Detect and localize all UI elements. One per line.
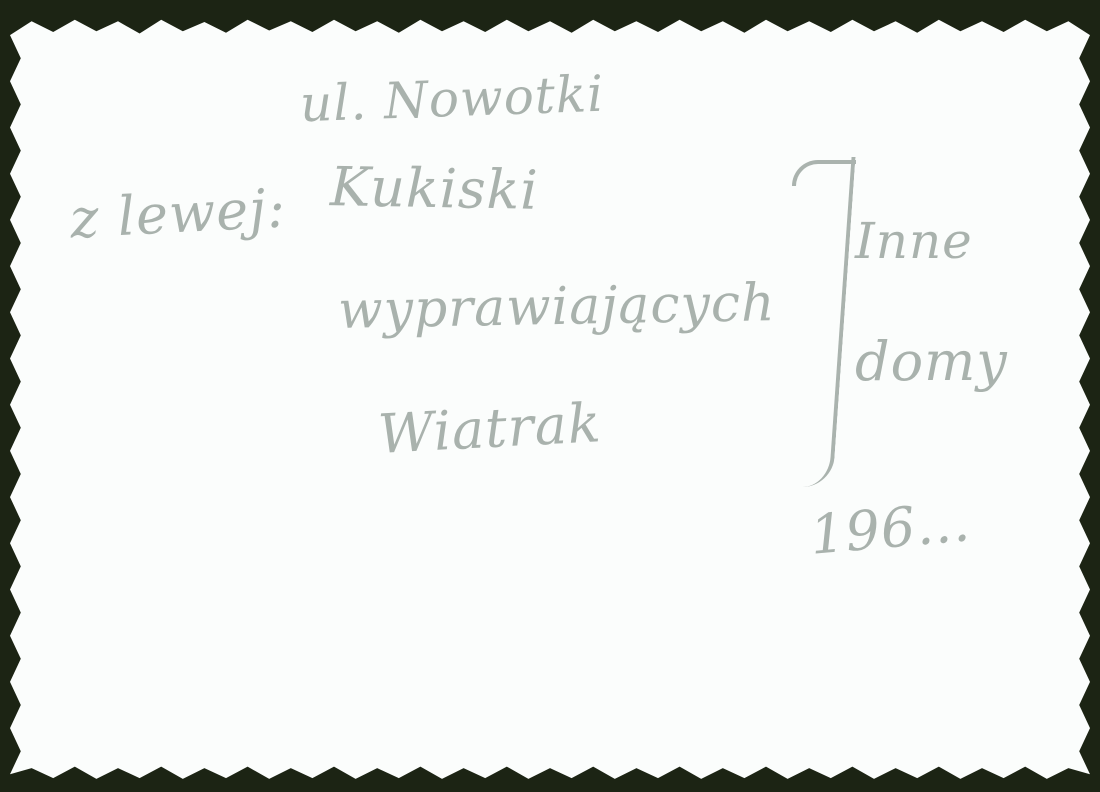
inscription-name-3: Wiatrak (377, 391, 603, 466)
inscription-street: ul. Nowotki (299, 65, 605, 134)
inscription-right-1: Inne (855, 212, 973, 270)
bracket-mark-stem (773, 157, 855, 487)
photo-back-card: ul. Nowotki z lewej: Kukiski wyprawiając… (10, 12, 1090, 782)
inscription-year: 196... (808, 490, 973, 567)
inscription-label: z lewej: (68, 176, 287, 250)
inscription-right-2: domy (855, 330, 1008, 393)
inscription-name-2: wyprawiających (338, 273, 776, 341)
inscription-name-1: Kukiski (329, 155, 539, 222)
